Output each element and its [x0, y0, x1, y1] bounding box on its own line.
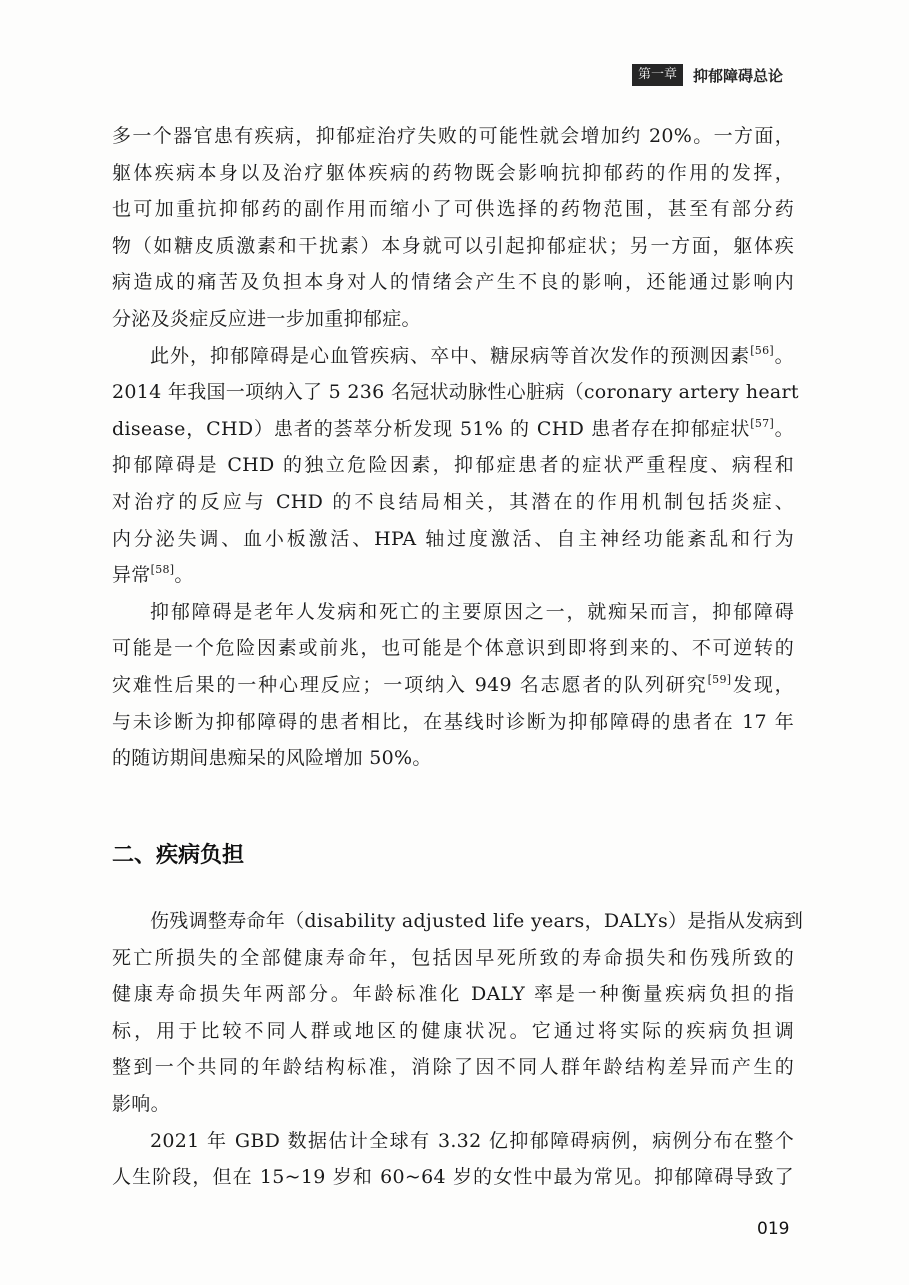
text-line: 灾难性后果的一种心理反应；一项纳入 949 名志愿者的队列研究[59]发现， [112, 667, 794, 704]
chapter-title: 抑郁障碍总论 [693, 65, 783, 86]
text-span: 。 [174, 564, 193, 586]
text-line: 伤残调整寿命年（disability adjusted life years，D… [112, 903, 794, 940]
text-line: 与未诊断为抑郁障碍的患者相比，在基线时诊断为抑郁障碍的患者在 17 年 [112, 704, 794, 741]
citation: [59] [708, 673, 732, 686]
text-line: 异常[58]。 [112, 557, 794, 594]
text-span: 灾难性后果的一种心理反应；一项纳入 949 名志愿者的队列研究 [112, 674, 708, 696]
text-line: 分泌及炎症反应进一步加重抑郁症。 [112, 301, 794, 338]
running-header: 第一章 抑郁障碍总论 [632, 64, 783, 86]
text-line: 健康寿命损失年两部分。年龄标准化 DALY 率是一种衡量疾病负担的指 [112, 976, 794, 1013]
text-line: 抑郁障碍是老年人发病和死亡的主要原因之一，就痴呆而言，抑郁障碍 [112, 594, 794, 631]
paragraph-gbd: 2021 年 GBD 数据估计全球有 3.32 亿抑郁障碍病例，病例分布在整个 … [112, 1123, 794, 1196]
text-line: 2021 年 GBD 数据估计全球有 3.32 亿抑郁障碍病例，病例分布在整个 [112, 1123, 794, 1160]
text-span: 此外，抑郁障碍是心血管疾病、卒中、糖尿病等首次发作的预测因素 [150, 345, 750, 367]
text-span: disease，CHD）患者的荟萃分析发现 51% 的 CHD 患者存在抑郁症状 [112, 418, 750, 440]
text-line: 对治疗的反应与 CHD 的不良结局相关，其潜在的作用机制包括炎症、 [112, 484, 794, 521]
text-span: 。 [774, 418, 794, 440]
citation: [56] [750, 344, 774, 357]
paragraph-cardiovascular: 此外，抑郁障碍是心血管疾病、卒中、糖尿病等首次发作的预测因素[56]。 2014… [112, 338, 794, 594]
text-line: 物（如糖皮质激素和干扰素）本身就可以引起抑郁症状；另一方面，躯体疾 [112, 228, 794, 265]
text-line: 也可加重抗抑郁药的副作用而缩小了可供选择的药物范围，甚至有部分药 [112, 191, 794, 228]
text-line: 抑郁障碍是 CHD 的独立危险因素，抑郁症患者的症状严重程度、病程和 [112, 447, 794, 484]
text-span: 。 [774, 345, 794, 367]
citation: [58] [151, 563, 175, 576]
text-line: 影响。 [112, 1086, 794, 1123]
text-line: 内分泌失调、血小板激活、HPA 轴过度激活、自主神经功能紊乱和行为 [112, 521, 794, 558]
text-line: 的随访期间患痴呆的风险增加 50%。 [112, 740, 794, 777]
text-line: 可能是一个危险因素或前兆，也可能是个体意识到即将到来的、不可逆转的 [112, 630, 794, 667]
body-text-top: 多一个器官患有疾病，抑郁症治疗失败的可能性就会增加约 20%。一方面， 躯体疾病… [112, 118, 794, 777]
text-line: 标，用于比较不同人群或地区的健康状况。它通过将实际的疾病负担调 [112, 1013, 794, 1050]
text-span: 异常 [112, 564, 151, 586]
paragraph-dementia: 抑郁障碍是老年人发病和死亡的主要原因之一，就痴呆而言，抑郁障碍 可能是一个危险因… [112, 594, 794, 777]
chapter-badge: 第一章 [632, 64, 683, 86]
text-line: 人生阶段，但在 15~19 岁和 60~64 岁的女性中最为常见。抑郁障碍导致了 [112, 1159, 794, 1196]
citation: [57] [750, 417, 774, 430]
text-line: 整到一个共同的年龄结构标准，消除了因不同人群年龄结构差异而产生的 [112, 1049, 794, 1086]
text-line: 此外，抑郁障碍是心血管疾病、卒中、糖尿病等首次发作的预测因素[56]。 [112, 338, 794, 375]
section-title: 二、疾病负担 [112, 838, 244, 869]
text-span: 发现， [731, 674, 794, 696]
text-line: 躯体疾病本身以及治疗躯体疾病的药物既会影响抗抑郁药的作用的发挥， [112, 155, 794, 192]
paragraph-comorbidity: 多一个器官患有疾病，抑郁症治疗失败的可能性就会增加约 20%。一方面， 躯体疾病… [112, 118, 794, 338]
text-line: 2014 年我国一项纳入了 5 236 名冠状动脉性心脏病（coronary a… [112, 374, 794, 411]
text-line: disease，CHD）患者的荟萃分析发现 51% 的 CHD 患者存在抑郁症状… [112, 411, 794, 448]
text-line: 死亡所损失的全部健康寿命年，包括因早死所致的寿命损失和伤残所致的 [112, 940, 794, 977]
paragraph-dalys: 伤残调整寿命年（disability adjusted life years，D… [112, 903, 794, 1123]
text-line: 病造成的痛苦及负担本身对人的情绪会产生不良的影响，还能通过影响内 [112, 264, 794, 301]
page-number: 019 [757, 1219, 789, 1239]
body-text-bottom: 伤残调整寿命年（disability adjusted life years，D… [112, 903, 794, 1196]
text-line: 多一个器官患有疾病，抑郁症治疗失败的可能性就会增加约 20%。一方面， [112, 118, 794, 155]
